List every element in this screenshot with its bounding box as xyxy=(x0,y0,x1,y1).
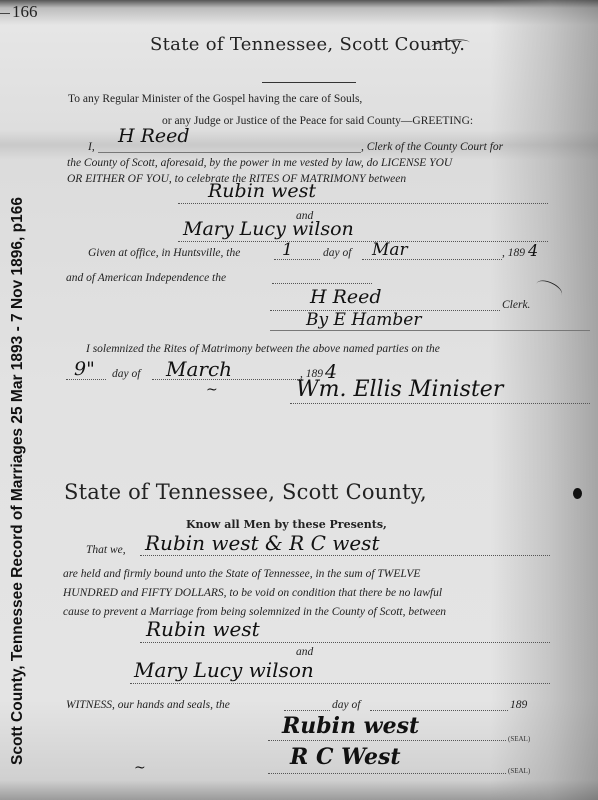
bond-groom-field: Rubin west xyxy=(140,623,550,643)
seal-label-2: (SEAL) xyxy=(508,767,530,775)
given-day-field: 1 xyxy=(274,244,320,260)
witness-prefix: WITNESS, our hands and seals, the xyxy=(66,699,230,711)
clerk-name-field: H Reed xyxy=(98,131,361,153)
groom-field: Rubin west xyxy=(178,184,548,204)
signature-1-handwritten: Rubin west xyxy=(282,713,419,739)
bride-name-handwritten: Mary Lucy wilson xyxy=(183,218,354,240)
given-day-handwritten: 1 xyxy=(282,240,293,260)
bond-subtitle: Know all Men by these Presents, xyxy=(186,518,387,531)
signature-1-field: Rubin west xyxy=(268,723,506,741)
deputy-signature-field: By E Hamber xyxy=(270,314,590,331)
witness-day-of-label: day of xyxy=(332,699,360,711)
bride-field: Mary Lucy wilson xyxy=(178,222,548,242)
page-number: 166 xyxy=(12,2,38,22)
signature-2-field: R C West xyxy=(268,756,506,774)
that-we-label: That we, xyxy=(86,544,126,556)
given-month-handwritten: Mar xyxy=(372,240,408,260)
bond-line-2: HUNDRED and FIFTY DOLLARS, to be void on… xyxy=(63,587,442,599)
given-prefix: Given at office, in Huntsville, the xyxy=(88,247,240,259)
solemnization-month-handwritten: March xyxy=(166,357,232,381)
given-year-printed: , 189 xyxy=(502,247,525,259)
bond-line-1: are held and firmly bound unto the State… xyxy=(63,568,420,580)
title-rule xyxy=(262,82,356,83)
signature-2-handwritten: R C West xyxy=(290,744,401,770)
minister-signature-field: Wm. Ellis Minister xyxy=(290,385,590,404)
solemnization-day-field: 9" xyxy=(66,365,106,380)
clerk-prefix: I, xyxy=(88,141,95,153)
clerk-label: Clerk. xyxy=(502,299,530,311)
seal-label-1: (SEAL) xyxy=(508,735,530,743)
scanned-document-page: Scott County, Tennessee Record of Marria… xyxy=(0,0,598,800)
solemnization-text: I solemnized the Rites of Matrimony betw… xyxy=(86,343,440,355)
bond-and-label: and xyxy=(296,646,313,658)
independence-label: and of American Independence the xyxy=(66,272,226,284)
witness-year: 189 xyxy=(510,699,527,711)
clerk-name-handwritten: H Reed xyxy=(118,125,190,147)
bond-title: State of Tennessee, Scott County, xyxy=(64,480,427,504)
pen-mark xyxy=(533,277,565,302)
witness-month-field xyxy=(370,697,508,711)
license-title: State of Tennessee, Scott County. xyxy=(150,34,465,55)
solemnization-day-of-label: day of xyxy=(112,368,140,380)
obligors-field: Rubin west & R C west xyxy=(140,537,550,556)
solemnization-month-field: March xyxy=(152,365,302,380)
greeting-line-2: or any Judge or Justice of the Peace for… xyxy=(162,115,473,127)
clerk-signature-handwritten: H Reed xyxy=(310,286,382,308)
greeting-line-1: To any Regular Minister of the Gospel ha… xyxy=(68,93,362,105)
ink-spot xyxy=(573,488,582,499)
bond-bride-handwritten: Mary Lucy wilson xyxy=(134,658,314,682)
independence-field xyxy=(272,270,372,284)
clerk-signature-field: H Reed xyxy=(270,292,500,311)
deputy-signature-handwritten: By E Hamber xyxy=(306,310,421,330)
side-caption: Scott County, Tennessee Record of Marria… xyxy=(2,0,34,800)
license-body-line-2: the County of Scott, aforesaid, by the p… xyxy=(67,157,452,169)
pen-mark: ~ xyxy=(206,382,218,398)
groom-name-handwritten: Rubin west xyxy=(208,180,316,202)
day-of-label: day of xyxy=(323,247,351,259)
given-year-handwritten: 4 xyxy=(528,241,538,260)
solemnization-day-handwritten: 9" xyxy=(74,358,95,380)
bond-groom-handwritten: Rubin west xyxy=(146,617,260,641)
clerk-suffix: , Clerk of the County Court for xyxy=(361,141,503,153)
bond-bride-field: Mary Lucy wilson xyxy=(130,664,550,684)
minister-signature-handwritten: Wm. Ellis Minister xyxy=(296,377,503,402)
given-month-field: Mar xyxy=(362,244,502,260)
pen-mark: ~ xyxy=(134,760,146,776)
witness-day-field xyxy=(284,697,330,711)
obligors-handwritten: Rubin west & R C west xyxy=(145,531,379,555)
